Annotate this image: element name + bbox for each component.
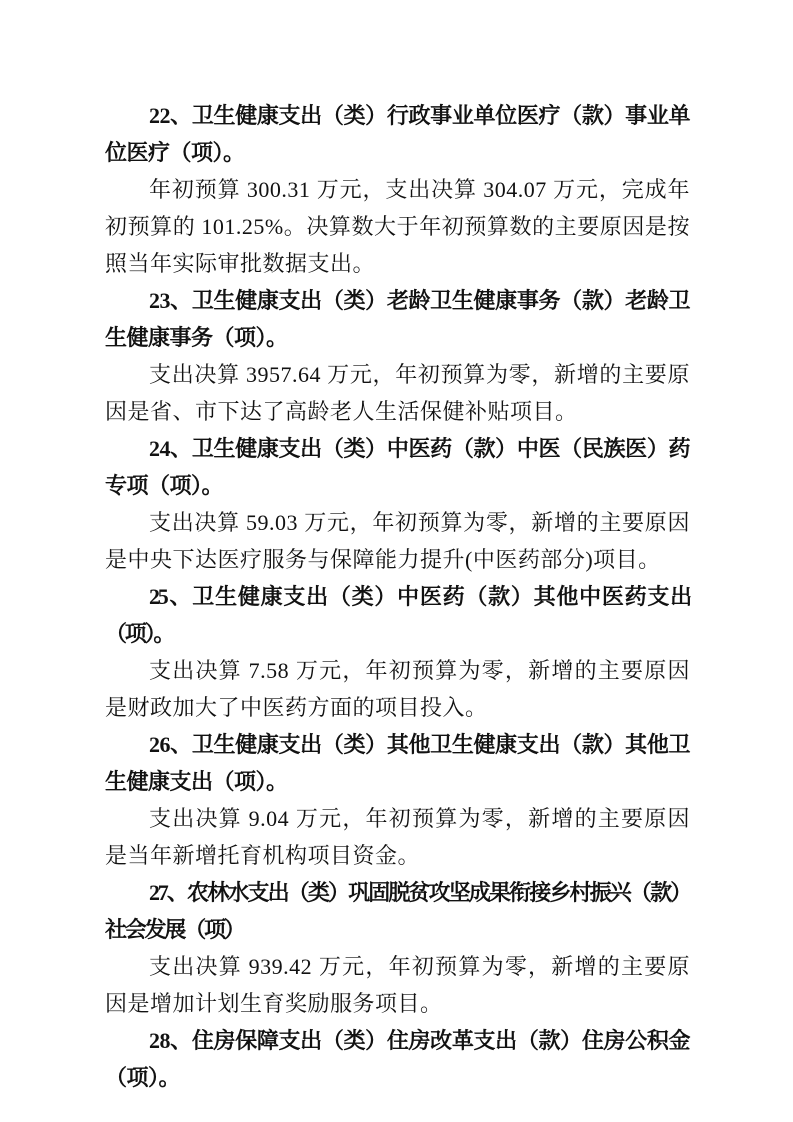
- section-heading: 28、住房保障支出（类）住房改革支出（款）住房公积金（项）。: [105, 1022, 690, 1096]
- section-24: 24、卫生健康支出（类）中医药（款）中医（民族医）药专项（项）。 支出决算 59…: [105, 430, 690, 578]
- section-paragraph: 支出决算 7.58 万元，年初预算为零，新增的主要原因是财政加大了中医药方面的项…: [105, 652, 690, 726]
- section-heading: 25、卫生健康支出（类）中医药（款）其他中医药支出（项）。: [105, 578, 690, 652]
- section-paragraph: 支出决算 9.04 万元，年初预算为零，新增的主要原因是当年新增托育机构项目资金…: [105, 800, 690, 874]
- section-heading: 27、农林水支出（类）巩固脱贫攻坚成果衔接乡村振兴（款）社会发展（项）: [105, 874, 690, 948]
- section-23: 23、卫生健康支出（类）老龄卫生健康事务（款）老龄卫生健康事务（项）。 支出决算…: [105, 282, 690, 430]
- section-paragraph: 支出决算 59.03 万元，年初预算为零，新增的主要原因是中央下达医疗服务与保障…: [105, 504, 690, 578]
- section-28: 28、住房保障支出（类）住房改革支出（款）住房公积金（项）。: [105, 1022, 690, 1096]
- section-paragraph: 支出决算 3957.64 万元，年初预算为零，新增的主要原因是省、市下达了高龄老…: [105, 356, 690, 430]
- section-heading: 24、卫生健康支出（类）中医药（款）中医（民族医）药专项（项）。: [105, 430, 690, 504]
- section-paragraph: 支出决算 939.42 万元，年初预算为零，新增的主要原因是增加计划生育奖励服务…: [105, 948, 690, 1022]
- section-heading: 23、卫生健康支出（类）老龄卫生健康事务（款）老龄卫生健康事务（项）。: [105, 282, 690, 356]
- section-26: 26、卫生健康支出（类）其他卫生健康支出（款）其他卫生健康支出（项）。 支出决算…: [105, 726, 690, 874]
- section-heading: 26、卫生健康支出（类）其他卫生健康支出（款）其他卫生健康支出（项）。: [105, 726, 690, 800]
- section-27: 27、农林水支出（类）巩固脱贫攻坚成果衔接乡村振兴（款）社会发展（项） 支出决算…: [105, 874, 690, 1022]
- section-25: 25、卫生健康支出（类）中医药（款）其他中医药支出（项）。 支出决算 7.58 …: [105, 578, 690, 726]
- document-page: 22、卫生健康支出（类）行政事业单位医疗（款）事业单位医疗（项）。 年初预算 3…: [0, 0, 793, 1122]
- section-paragraph: 年初预算 300.31 万元，支出决算 304.07 万元，完成年初预算的 10…: [105, 171, 690, 282]
- section-22: 22、卫生健康支出（类）行政事业单位医疗（款）事业单位医疗（项）。 年初预算 3…: [105, 97, 690, 282]
- section-heading: 22、卫生健康支出（类）行政事业单位医疗（款）事业单位医疗（项）。: [105, 97, 690, 171]
